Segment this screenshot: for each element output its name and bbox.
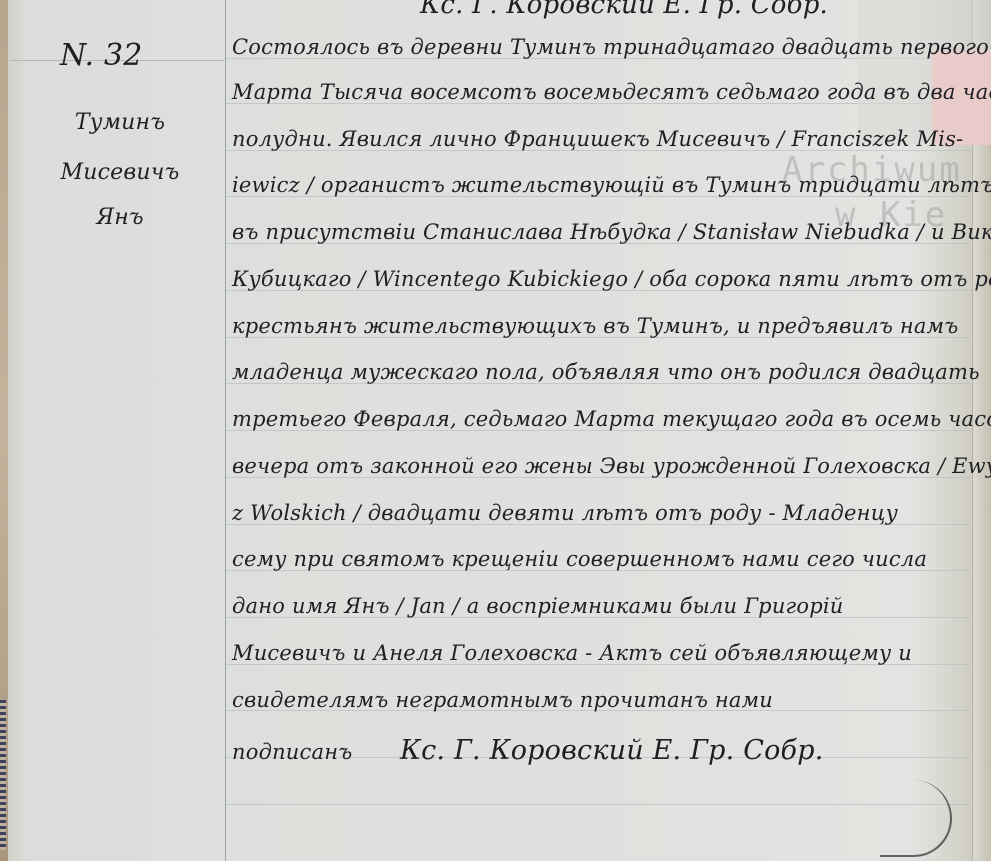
body-line: крестьянъ жительствующихъ въ Туминъ, и п… — [232, 314, 958, 338]
header-fragment: Кс. Г. Коровский Е. Гр. Собр. — [420, 0, 828, 20]
body-line: вечера отъ законной его жены Эвы урожден… — [232, 454, 991, 478]
body-line: Состоялось въ деревни Туминъ тринадцатаг… — [232, 35, 989, 59]
margin-given-name: Янъ — [20, 205, 220, 230]
margin-surname: Мисевичъ — [20, 160, 220, 185]
body-line: сему при святомъ крещеніи совершенномъ н… — [232, 547, 927, 571]
body-line: полудни. Явился лично Францишекъ Мисевич… — [232, 127, 963, 151]
priest-signature: Кс. Г. Коровский Е. Гр. Собр. — [400, 735, 824, 766]
body-line: свидетелямъ неграмотнымъ прочитанъ нами — [232, 688, 773, 712]
body-line: z Wolskich / двадцати девяти лѣтъ отъ ро… — [232, 501, 898, 525]
body-line: въ присутствіи Станислава Нѣбудка / Stan… — [232, 220, 991, 244]
signature-flourish — [880, 780, 952, 857]
entry-number: N. 32 — [60, 38, 143, 73]
margin-village: Туминъ — [20, 110, 220, 135]
body-line: Марта Тысяча восемсотъ восемьдесятъ седь… — [232, 80, 991, 104]
body-line: третьего Февраля, седьмаго Марта текущаг… — [232, 407, 991, 431]
document-page: Archiwum w Kie Кс. Г. Коровский Е. Гр. С… — [0, 0, 991, 861]
body-line: младенца мужескаго пола, объявляя что он… — [232, 360, 980, 384]
body-line: iewicz / органистъ жительствующій въ Тум… — [232, 173, 991, 197]
body-line: Кубицкаго / Wincentego Kubickiego / оба … — [232, 267, 991, 291]
body-line: подписанъ — [232, 740, 352, 764]
body-line: дано имя Янъ / Jan / а воспріемниками бы… — [232, 594, 843, 618]
ruled-line — [226, 804, 971, 805]
spine-label — [0, 700, 6, 850]
body-line: Мисевичъ и Анеля Голеховска - Актъ сей о… — [232, 641, 912, 665]
